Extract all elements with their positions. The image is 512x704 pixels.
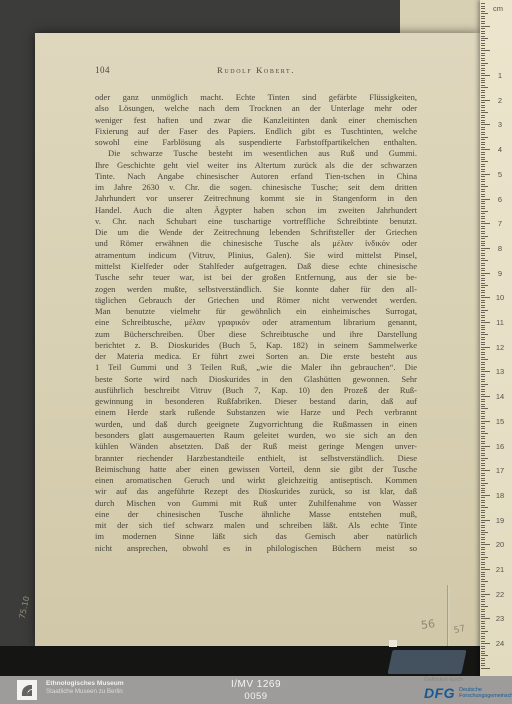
- ruler-tick: [481, 586, 485, 587]
- ruler-tick: [481, 78, 485, 79]
- ruler-tick: [481, 362, 485, 363]
- museum-logo-icon: [17, 680, 37, 700]
- ruler-tick: [481, 505, 485, 506]
- ruler-tick: [481, 547, 485, 548]
- text-line: wurden, und daß durch geeignete Zugvorri…: [95, 419, 417, 430]
- ruler-tick: [481, 337, 485, 338]
- ruler-tick: [481, 581, 488, 582]
- ruler-tick: [481, 468, 485, 469]
- ruler-tick: [481, 134, 485, 135]
- ruler-tick: [481, 408, 488, 409]
- ruler-tick: [481, 211, 488, 212]
- ruler-tick: [481, 82, 485, 83]
- ruler-tick: [481, 260, 488, 261]
- ruler-tick: [481, 364, 485, 365]
- ruler-tick: [481, 557, 488, 558]
- ruler-tick: [481, 132, 485, 133]
- ruler-tick: [481, 485, 485, 486]
- ruler-tick: [481, 334, 488, 335]
- ruler-tick: [481, 68, 485, 69]
- ruler-tick: [481, 646, 485, 647]
- ruler-tick: [481, 465, 485, 466]
- ruler-tick: [481, 124, 490, 125]
- ruler-tick: [481, 216, 485, 217]
- ruler-tick: [481, 184, 485, 185]
- ruler-tick: [481, 3, 485, 4]
- ruler-tick: [481, 446, 490, 447]
- text-line: zogen werden mußte, selbstverständlich. …: [95, 284, 417, 295]
- ruler-tick: [481, 611, 485, 612]
- ruler-tick: [481, 191, 485, 192]
- ruler-tick: [481, 562, 485, 563]
- ruler-tick: [481, 18, 485, 19]
- ruler-tick: [481, 228, 485, 229]
- ruler-unit-label: cm: [493, 4, 503, 13]
- ruler-tick: [481, 507, 488, 508]
- page-header: 104 Rudolf Kobert.: [95, 65, 417, 79]
- ruler-tick: [481, 21, 485, 22]
- ruler-tick: [481, 599, 485, 600]
- ruler-tick: [481, 26, 490, 27]
- text-line: einen aromatischen Geruch und wirkt glei…: [95, 475, 417, 486]
- ruler-tick: [481, 357, 485, 358]
- shelfmark: I/MV 1269: [156, 679, 356, 691]
- ruler-tick: [481, 497, 485, 498]
- ruler-tick: [481, 510, 485, 511]
- ruler-tick: [481, 488, 485, 489]
- ruler-number: 16: [492, 442, 508, 451]
- ruler-tick: [481, 530, 485, 531]
- ruler-tick: [481, 396, 490, 397]
- ruler-tick: [481, 115, 485, 116]
- ruler-tick: [481, 40, 485, 41]
- ruler-tick: [481, 157, 485, 158]
- ruler-number: 13: [492, 367, 508, 376]
- ruler-tick: [481, 90, 485, 91]
- ruler-number: 4: [492, 145, 508, 154]
- ruler-number: 23: [492, 614, 508, 623]
- ruler-number: 1: [492, 71, 508, 80]
- ruler-tick: [481, 265, 485, 266]
- ruler-tick: [481, 473, 485, 474]
- ruler-tick: [481, 606, 488, 607]
- ruler-tick: [481, 164, 485, 165]
- ruler-tick: [481, 8, 485, 9]
- ruler-tick: [481, 389, 485, 390]
- ruler-tick: [481, 43, 485, 44]
- pencil-mark-57: 57: [453, 624, 467, 636]
- ruler-tick: [481, 327, 485, 328]
- text-line: nicht ansprechen, obwohl es in philologi…: [95, 543, 417, 554]
- ruler-tick: [481, 591, 485, 592]
- ruler-tick: [481, 458, 488, 459]
- ruler-number: 15: [492, 417, 508, 426]
- ruler-tick: [481, 36, 485, 37]
- text-line: gewinnung in besonderen Rußfabriken. Die…: [95, 396, 417, 407]
- text-line: Fixierung auf der Faser des Papiers. End…: [95, 126, 417, 137]
- text-line: und Römer erwähnen die chinesische Tusch…: [95, 238, 417, 249]
- ruler-tick: [481, 354, 485, 355]
- ruler-tick: [481, 352, 485, 353]
- ruler-tick: [481, 312, 485, 313]
- ruler-tick: [481, 278, 485, 279]
- ruler-tick: [481, 532, 488, 533]
- text-line: Jahrhundert vor unserer Zeitrechnung kom…: [95, 193, 417, 204]
- text-line: Man benutzte vielmehr für gewöhnlich ein…: [95, 306, 417, 317]
- ruler-tick: [481, 576, 485, 577]
- ruler-number: 20: [492, 540, 508, 549]
- ruler-tick: [481, 189, 485, 190]
- ruler-tick: [481, 129, 485, 130]
- ruler-tick: [481, 28, 485, 29]
- ruler-tick: [481, 572, 485, 573]
- ruler-tick: [481, 58, 485, 59]
- ruler-tick: [481, 616, 485, 617]
- ruler-tick: [481, 376, 485, 377]
- ruler-tick: [481, 238, 485, 239]
- ruler-tick: [481, 226, 485, 227]
- ruler-number: 10: [492, 293, 508, 302]
- ruler-tick: [481, 174, 490, 175]
- ruler-tick: [481, 270, 485, 271]
- ruler-tick: [481, 97, 485, 98]
- ruler-tick: [481, 490, 485, 491]
- ruler-tick: [481, 154, 485, 155]
- ruler-tick: [481, 433, 488, 434]
- ruler-tick: [481, 31, 485, 32]
- ruler-tick: [481, 502, 485, 503]
- ruler-tick: [481, 569, 490, 570]
- ruler-number: 17: [492, 466, 508, 475]
- ruler-tick: [481, 23, 485, 24]
- text-line: täglichen Gebrauch der Griechen und Röme…: [95, 295, 417, 306]
- page-crease: [447, 585, 448, 646]
- ruler-tick: [481, 33, 485, 34]
- ruler-number: 19: [492, 516, 508, 525]
- ruler-tick: [481, 38, 488, 39]
- ruler-tick: [481, 421, 490, 422]
- ruler-tick: [481, 594, 490, 595]
- ruler-tick: [481, 359, 488, 360]
- ruler-tick: [481, 450, 485, 451]
- ruler-tick: [481, 589, 485, 590]
- museum-name-block: Ethnologisches Museum Staatliche Museen …: [46, 680, 124, 696]
- ruler-number: 3: [492, 120, 508, 129]
- ruler-tick: [481, 149, 490, 150]
- ruler-tick: [481, 16, 485, 17]
- ruler-tick: [481, 584, 485, 585]
- ruler-number: 5: [492, 170, 508, 179]
- ruler-tick: [481, 292, 485, 293]
- ruler-tick: [481, 512, 485, 513]
- ruler-tick: [481, 495, 490, 496]
- ruler-tick: [481, 391, 485, 392]
- ruler-tick: [481, 534, 485, 535]
- ruler-tick: [481, 399, 485, 400]
- ruler-tick: [481, 60, 485, 61]
- ruler-tick: [481, 268, 485, 269]
- ruler-number: 12: [492, 343, 508, 352]
- ruler-tick: [481, 181, 485, 182]
- ruler-tick: [481, 139, 485, 140]
- ruler-tick: [481, 631, 488, 632]
- ruler-tick: [481, 302, 485, 303]
- page-body-text: oder ganz unmöglich macht. Echte Tinten …: [95, 92, 417, 554]
- ruler-tick: [481, 559, 485, 560]
- ruler-tick: [481, 621, 485, 622]
- dfg-name-line2: Forschungsgemeinschaft: [459, 693, 512, 699]
- text-line: also Lösungen, welche nach dem Trocknen …: [95, 103, 417, 114]
- ruler-tick: [481, 45, 485, 46]
- ruler-tick: [481, 651, 485, 652]
- ruler-tick: [481, 201, 485, 202]
- ruler-tick: [481, 386, 485, 387]
- ruler-tick: [481, 384, 488, 385]
- ruler-tick: [481, 441, 485, 442]
- text-line: brannter riechender Harzbestandteile ent…: [95, 453, 417, 464]
- ruler-tick: [481, 75, 490, 76]
- ruler-tick: [481, 80, 485, 81]
- ruler-tick: [481, 329, 485, 330]
- ruler-tick: [481, 221, 485, 222]
- ruler-tick: [481, 470, 490, 471]
- blue-fabric-patch: [387, 650, 466, 674]
- ruler-tick: [481, 63, 488, 64]
- ruler-tick: [481, 423, 485, 424]
- ruler-tick: [481, 208, 485, 209]
- ruler-tick: [481, 500, 485, 501]
- ruler-tick: [481, 665, 485, 666]
- ruler-tick: [481, 371, 490, 372]
- ruler-tick: [481, 295, 485, 296]
- ruler-tick: [481, 655, 488, 656]
- text-line: Tinte. Nach Angabe chinesischer Autoren …: [95, 171, 417, 182]
- ruler-tick: [481, 404, 485, 405]
- text-line: zum Bücherschreiben. Über diese Schreibt…: [95, 329, 417, 340]
- ruler-tick: [481, 258, 485, 259]
- ruler-tick: [481, 199, 490, 200]
- ruler-tick: [481, 574, 485, 575]
- ruler-tick: [481, 218, 485, 219]
- ruler-tick: [481, 95, 485, 96]
- ruler-tick: [481, 55, 485, 56]
- ruler-tick: [481, 203, 485, 204]
- ruler-tick: [481, 105, 485, 106]
- ruler-tick: [481, 122, 485, 123]
- ruler-tick: [481, 50, 490, 51]
- ruler-tick: [481, 73, 485, 74]
- text-line: der Materia medica. Er führt zwei Sorten…: [95, 351, 417, 362]
- ruler-tick: [481, 275, 485, 276]
- ruler-tick: [481, 339, 485, 340]
- ruler-tick: [481, 161, 488, 162]
- ruler-tick: [481, 231, 485, 232]
- ruler-tick: [481, 142, 485, 143]
- ruler-tick: [481, 648, 485, 649]
- ruler-number: 14: [492, 392, 508, 401]
- ruler-tick: [481, 11, 485, 12]
- ruler-tick: [481, 166, 485, 167]
- ruler-tick: [481, 626, 485, 627]
- ruler-tick: [481, 325, 485, 326]
- ruler-number: 24: [492, 639, 508, 648]
- ruler-tick: [481, 241, 485, 242]
- ruler-tick: [481, 171, 485, 172]
- ruler-tick: [481, 283, 485, 284]
- ruler-tick: [481, 614, 485, 615]
- ruler-tick: [481, 431, 485, 432]
- ruler-tick: [481, 527, 485, 528]
- ruler-tick: [481, 100, 490, 101]
- ruler-tick: [481, 320, 485, 321]
- text-line: im modernen Sinne läßt sich das Gemisch …: [95, 531, 417, 542]
- text-line: mittelst Kielfeder oder Stahlfeder aufge…: [95, 261, 417, 272]
- ruler-tick: [481, 418, 485, 419]
- ruler-tick: [481, 315, 485, 316]
- ruler-tick: [481, 159, 485, 160]
- ruler-tick: [481, 394, 485, 395]
- ruler-tick: [481, 517, 485, 518]
- ruler-tick: [481, 13, 488, 14]
- ruler-tick: [481, 604, 485, 605]
- ruler-tick: [481, 179, 485, 180]
- ruler-tick: [481, 213, 485, 214]
- ruler-tick: [481, 515, 485, 516]
- ruler-number: 8: [492, 244, 508, 253]
- ruler-tick: [481, 102, 485, 103]
- scan-viewport: 104 Rudolf Kobert. oder ganz unmöglich m…: [0, 0, 512, 704]
- ruler-tick: [481, 416, 485, 417]
- ruler-tick: [481, 549, 485, 550]
- ruler-tick: [481, 273, 490, 274]
- text-line: 1 Teil Gummi und 3 Teilen Ruß, „wie die …: [95, 362, 417, 373]
- pencil-mark-56: 56: [420, 617, 436, 632]
- dfg-funding-block: Gefördert durch DFG Deutsche Forschungsg…: [424, 677, 510, 700]
- ruler-number: 7: [492, 219, 508, 228]
- ruler-tick: [481, 186, 488, 187]
- text-line: kühlen Wänden absetzten. Daß der Ruß mei…: [95, 441, 417, 452]
- ruler-tick: [481, 176, 485, 177]
- ruler-tick: [481, 344, 485, 345]
- ruler-tick: [481, 413, 485, 414]
- text-line: eine der chinesischen Tusche ähnliche Ma…: [95, 509, 417, 520]
- object-identifier-block: I/MV 1269 0059: [156, 679, 356, 703]
- ruler-tick: [481, 117, 485, 118]
- ruler-tick: [481, 236, 488, 237]
- running-header: Rudolf Kobert.: [95, 65, 417, 75]
- ruler-tick: [481, 436, 485, 437]
- ruler-tick: [481, 322, 490, 323]
- ruler-tick: [481, 525, 485, 526]
- ruler-tick: [481, 596, 485, 597]
- footer-bar: Ethnologisches Museum Staatliche Museen …: [0, 676, 512, 704]
- ruler-tick: [481, 601, 485, 602]
- ruler-tick: [481, 120, 485, 121]
- ruler-tick: [481, 552, 485, 553]
- text-line: durch Mischen von Gummi mit Ruß unter Zu…: [95, 498, 417, 509]
- text-line: beste Sorte wird nach Dioskurides in den…: [95, 374, 417, 385]
- ruler-tick: [481, 107, 485, 108]
- ruler-tick: [481, 147, 485, 148]
- ruler-tick: [481, 290, 485, 291]
- ruler-tick: [481, 253, 485, 254]
- ruler-tick: [481, 297, 490, 298]
- ruler-tick: [481, 537, 485, 538]
- ruler-tick: [481, 520, 490, 521]
- ruler-tick: [481, 492, 485, 493]
- text-line: im Jahre 2630 v. Chr. die sogen. chinesi…: [95, 182, 417, 193]
- ruler-tick: [481, 223, 490, 224]
- text-line: wir auf das angeführte Rezept des Diosku…: [95, 486, 417, 497]
- ruler-number: 6: [492, 195, 508, 204]
- ruler-tick: [481, 144, 485, 145]
- ruler-tick: [481, 426, 485, 427]
- text-line: Tusche sehr teuer war, ist bei der große…: [95, 272, 417, 283]
- ruler-tick: [481, 641, 485, 642]
- ruler-tick: [481, 206, 485, 207]
- ruler-number: 18: [492, 491, 508, 500]
- ruler-tick: [481, 623, 485, 624]
- ruler-tick: [481, 453, 485, 454]
- ruler-tick: [481, 660, 485, 661]
- ruler-tick: [481, 53, 485, 54]
- ruler-tick: [481, 300, 485, 301]
- ruler-tick: [481, 636, 485, 637]
- ruler-tick: [481, 478, 485, 479]
- ruler-tick: [481, 233, 485, 234]
- ruler-tick: [481, 618, 490, 619]
- ruler-tick: [481, 638, 485, 639]
- ruler-tick: [481, 255, 485, 256]
- text-line: Die um die Wende der Zeitrechnung lebend…: [95, 227, 417, 238]
- ruler-tick: [481, 196, 485, 197]
- paper-fragment: [389, 640, 397, 647]
- ruler-tick: [481, 48, 485, 49]
- ruler-tick: [481, 127, 485, 128]
- text-line: Beimischung hatte aber einen gewissen Vo…: [95, 464, 417, 475]
- ruler-tick: [481, 65, 485, 66]
- ruler-tick: [481, 658, 485, 659]
- text-line: Ihre Geschichte geht viel weiter ins Alt…: [95, 160, 417, 171]
- text-line: sowohl eine Farblösung als suspendierte …: [95, 137, 417, 148]
- ruler-tick: [481, 401, 485, 402]
- text-line: weniger fest haften und zwar die Kanzlei…: [95, 115, 417, 126]
- ruler-tick: [481, 443, 485, 444]
- ruler-tick: [481, 307, 485, 308]
- ruler-tick: [481, 564, 485, 565]
- text-line: berichtet z. B. Dioskurides (Buch 5, Kap…: [95, 340, 417, 351]
- ruler-number: 22: [492, 590, 508, 599]
- ruler-tick: [481, 280, 485, 281]
- ruler-tick: [481, 374, 485, 375]
- ruler-tick: [481, 633, 485, 634]
- ruler-tick: [481, 112, 488, 113]
- text-line: Die schwarze Tusche besteht im wesentlic…: [95, 148, 417, 159]
- book-page: 104 Rudolf Kobert. oder ganz unmöglich m…: [35, 33, 480, 646]
- ruler-tick: [481, 567, 485, 568]
- dfg-name-line1: Deutsche: [459, 687, 482, 693]
- ruler-tick: [481, 668, 490, 669]
- ruler-tick: [481, 92, 485, 93]
- ruler-tick: [481, 381, 485, 382]
- text-line: mit der sich tief schwarz malen und schr…: [95, 520, 417, 531]
- ruler-tick: [481, 317, 485, 318]
- ruler-number: 2: [492, 96, 508, 105]
- ruler-number: 9: [492, 269, 508, 278]
- ruler-tick: [481, 85, 485, 86]
- text-line: besonders glatt ausgemauerten Raum gelei…: [95, 430, 417, 441]
- scan-tray-shadow: [0, 646, 480, 676]
